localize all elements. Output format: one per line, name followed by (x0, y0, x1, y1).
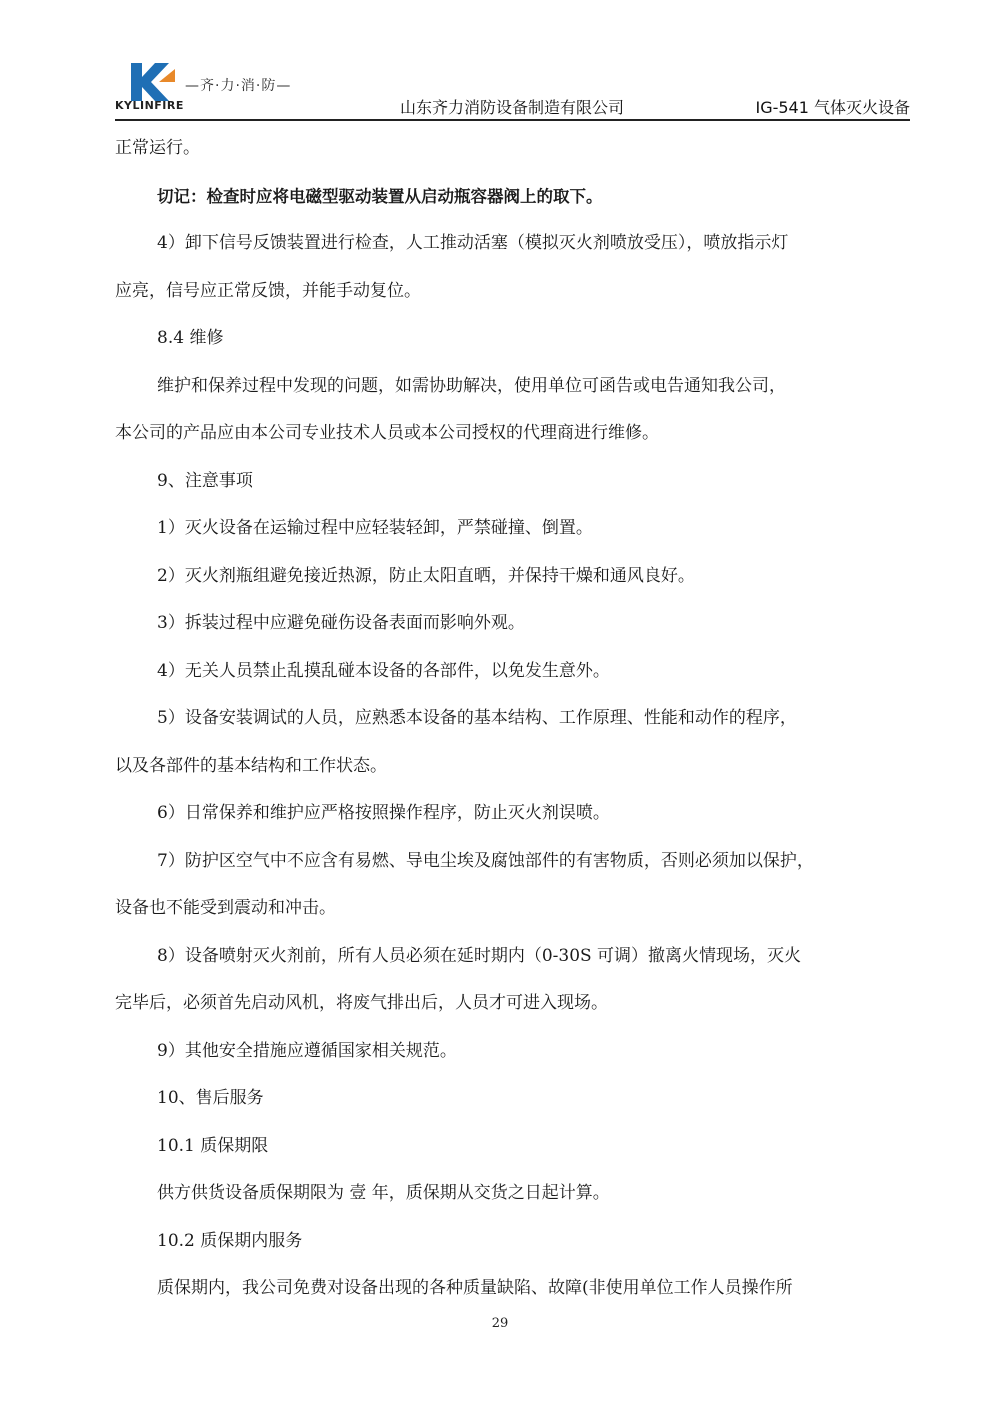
product-name: IG-541 气体灭火设备 (755, 95, 910, 118)
page-header: KYLINFIRE —齐·力·消·防— 山东齐力消防设备制造有限公司 IG-54… (115, 55, 910, 117)
text-line: 2）灭火剂瓶组避免接近热源，防止太阳直晒，并保持干燥和通风良好。 (115, 553, 915, 601)
text-line: 本公司的产品应由本公司专业技术人员或本公司授权的代理商进行维修。 (115, 410, 915, 458)
warning-line: 切记：检查时应将电磁型驱动装置从启动瓶容器阀上的取下。 (115, 173, 915, 221)
text-line: 9、注意事项 (115, 458, 915, 506)
text-line: 9）其他安全措施应遵循国家相关规范。 (115, 1028, 915, 1076)
text-line: 10.1 质保期限 (115, 1123, 915, 1171)
text-line: 正常运行。 (115, 125, 915, 173)
text-line: 3）拆装过程中应避免碰伤设备表面而影响外观。 (115, 600, 915, 648)
text-line: 应亮，信号应正常反馈，并能手动复位。 (115, 268, 915, 316)
text-line: 供方供货设备质保期限为 壹 年，质保期从交货之日起计算。 (115, 1170, 915, 1218)
kylinfire-logo-icon (129, 61, 177, 103)
text-line: 8.4 维修 (115, 315, 915, 363)
header-divider (115, 119, 910, 121)
text-line: 7）防护区空气中不应含有易燃、导电尘埃及腐蚀部件的有害物质，否则必须加以保护， (115, 838, 915, 886)
text-line: 设备也不能受到震动和冲击。 (115, 885, 915, 933)
text-line: 维护和保养过程中发现的问题，如需协助解决，使用单位可函告或电告通知我公司， (115, 363, 915, 411)
text-line: 10、售后服务 (115, 1075, 915, 1123)
company-name: 山东齐力消防设备制造有限公司 (400, 95, 624, 118)
text-line: 10.2 质保期内服务 (115, 1218, 915, 1266)
logo-wordmark: KYLINFIRE (115, 99, 184, 112)
page-number: 29 (0, 1316, 1000, 1331)
text-line: 5）设备安装调试的人员，应熟悉本设备的基本结构、工作原理、性能和动作的程序， (115, 695, 915, 743)
text-line: 6）日常保养和维护应严格按照操作程序，防止灭火剂误喷。 (115, 790, 915, 838)
slogan: —齐·力·消·防— (185, 75, 291, 95)
document-body: 正常运行。切记：检查时应将电磁型驱动装置从启动瓶容器阀上的取下。4）卸下信号反馈… (115, 125, 915, 1313)
text-line: 8）设备喷射灭火剂前，所有人员必须在延时期内（0-30S 可调）撤离火情现场，灭… (115, 933, 915, 981)
text-line: 4）卸下信号反馈装置进行检查，人工推动活塞（模拟灭火剂喷放受压），喷放指示灯 (115, 220, 915, 268)
text-line: 质保期内，我公司免费对设备出现的各种质量缺陷、故障(非使用单位工作人员操作所 (115, 1265, 915, 1313)
text-line: 完毕后，必须首先启动风机，将废气排出后，人员才可进入现场。 (115, 980, 915, 1028)
text-line: 1）灭火设备在运输过程中应轻装轻卸，严禁碰撞、倒置。 (115, 505, 915, 553)
text-line: 以及各部件的基本结构和工作状态。 (115, 743, 915, 791)
text-line: 4）无关人员禁止乱摸乱碰本设备的各部件，以免发生意外。 (115, 648, 915, 696)
